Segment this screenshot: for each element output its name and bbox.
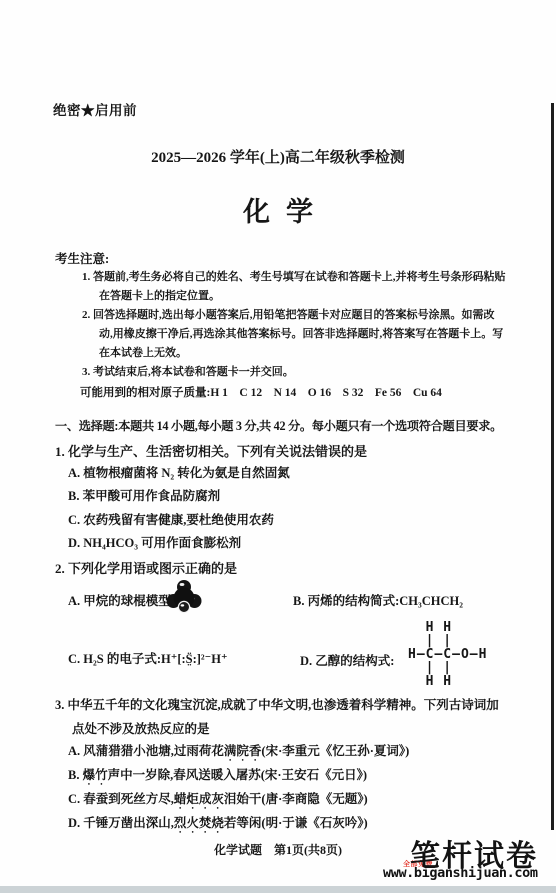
q3-option-a: A. 风蒲猎猎小池塘,过雨荷花满院香(宋·李重元《忆王孙·夏词》) [68,740,409,764]
q3-a-source: (宋·李重元《忆王孙·夏词》) [261,744,409,758]
exam-paper-page: 绝密★启用前 2025—2026 学年(上)高二年级秋季检测 化学 考生注意: … [0,0,556,893]
q3-b-source: 声中一岁除,春风送暖入屠苏(宋·王安石《元日》) [108,768,367,782]
notice-heading: 考生注意: [55,249,109,267]
subject-title: 化学 [0,190,556,229]
q2-option-b: B. 丙烯的结构简式:CH₃CHCH₂ [293,591,463,609]
q2-option-a-label: A. 甲烷的球棍模型: [68,591,175,609]
q1-option-b: B. 苯甲酸可用作食品防腐剂 [68,485,290,508]
question-2-stem: 2. 下列化学用语或图示正确的是 [55,558,237,577]
q3-c-text: C. 春蚕到死丝方尽, [68,792,174,806]
q3-d-source: 若等闲(明·于谦《石灰吟》) [224,816,368,830]
question-1-options: A. 植物根瘤菌将 N₂ 转化为氨是自然固氮 B. 苯甲酸可用作食品防腐剂 C.… [68,462,290,556]
scan-bottom-bar [0,886,556,893]
q3-a-emphasized: 满院香 [224,744,262,758]
q3-d-emphasized: 烈火焚烧 [174,816,224,830]
q1-option-a: A. 植物根瘤菌将 N₂ 转化为氨是自然固氮 [68,462,290,485]
section-1-heading: 一、选择题:本题共 14 小题,每小题 3 分,共 42 分。每小题只有一个选项… [55,417,525,434]
ethanol-structural-formula: H H | | H—C—C—O—H | | H H [408,621,487,688]
q3-option-b: B. 爆竹声中一岁除,春风送暖入屠苏(宋·王安石《元日》) [68,764,409,788]
q3-a-text: A. 风蒲猎猎小池塘,过雨荷花 [68,744,224,758]
notice-item-2: 2. 回答选择题时,选出每小题答案后,用铅笔把答题卡对应题目的答案标号涂黑。如需… [82,306,506,363]
q3-b-text: B. [68,768,83,782]
q2-option-c: C. H₂S 的电子式:H⁺[:S̤̈:]²⁻H⁺ [68,649,228,667]
q3-d-text: D. 千锤万凿出深山, [68,816,174,830]
methane-ball-stick-model-icon [166,579,202,614]
q3-option-d: D. 千锤万凿出深山,烈火焚烧若等闲(明·于谦《石灰吟》) [68,812,409,836]
q2-option-c-label: C. H₂S 的电子式: [68,652,161,666]
question-1-stem: 1. 化学与生产、生活密切相关。下列有关说法错误的是 [55,441,367,460]
q3-option-c: C. 春蚕到死丝方尽,蜡炬成灰泪始干(唐·李商隐《无题》) [68,788,409,812]
q1-option-c: C. 农药残留有害健康,要杜绝使用农药 [68,509,290,532]
q3-b-emphasized: 爆竹 [83,768,108,782]
notice-list: 1. 答题前,考生务必将自己的姓名、考生号填写在试卷和答题卡上,并将考生号条形码… [82,268,506,382]
q3-c-source: 泪始干(唐·李商隐《无题》) [224,792,368,806]
exam-title: 2025—2026 学年(上)高二年级秋季检测 [0,146,556,167]
h2s-electron-dot-formula: H⁺[:S̤̈:]²⁻H⁺ [161,652,228,666]
q3-c-emphasized: 蜡炬成灰 [174,792,224,806]
propene-formula: CH₃CHCH₂ [399,594,463,608]
scan-edge-line [551,103,554,830]
q2-option-d-label: D. 乙醇的结构式: [300,651,394,669]
q1-option-d: D. NH₄HCO₃ 可用作面食膨松剂 [68,532,290,555]
watermark-url: www.biganshijuan.com [383,865,538,881]
notice-item-1: 1. 答题前,考生务必将自己的姓名、考生号填写在试卷和答题卡上,并将考生号条形码… [82,268,506,306]
atomic-masses-line: 可能用到的相对原子质量:H 1 C 12 N 14 O 16 S 32 Fe 5… [80,384,442,400]
q2-option-b-label: B. 丙烯的结构简式: [293,594,399,608]
classification-banner: 绝密★启用前 [53,99,137,119]
question-3-options: A. 风蒲猎猎小池塘,过雨荷花满院香(宋·李重元《忆王孙·夏词》) B. 爆竹声… [68,740,409,836]
notice-item-3: 3. 考试结束后,将本试卷和答题卡一并交回。 [82,363,506,382]
question-3-stem: 3. 中华五千年的文化瑰宝沉淀,成就了中华文明,也渗透着科学精神。下列古诗词加点… [55,693,511,741]
